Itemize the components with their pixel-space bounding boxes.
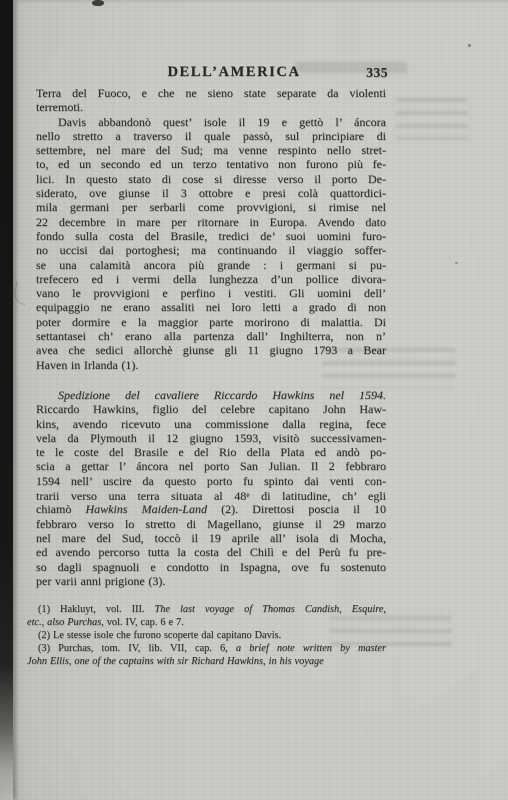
text-segment: , vol. IV, cap. 6 e 7. bbox=[101, 617, 184, 628]
text-line: settembre, nel mare del Sud; ma venne re… bbox=[36, 143, 386, 157]
running-header: DELL’AMERICA 335 bbox=[36, 64, 386, 84]
text-segment: Haven in Irlanda (1). bbox=[36, 358, 138, 372]
page-title: DELL’AMERICA bbox=[167, 64, 300, 81]
text-line: Spedizione del cavaliere Riccardo Hawkin… bbox=[36, 388, 386, 402]
text-line: febbraro verso lo stretto di Magellano, … bbox=[36, 517, 386, 531]
text-segment: siderato, ove giunse il 3 ottobre e pres… bbox=[36, 186, 386, 200]
text-line: trefecero ed i vermi della lunghezza d’u… bbox=[36, 272, 386, 286]
text-segment: (2) Le stesse isole che furono scoperte … bbox=[38, 630, 281, 641]
text-segment: equipaggio ne erano assaliti nei loro le… bbox=[36, 300, 386, 314]
text-line: kins, avendo ricevuto una commissione da… bbox=[36, 417, 386, 431]
text-line: equipaggio ne erano assaliti nei loro le… bbox=[36, 300, 386, 314]
book-page: DELL’AMERICA 335 Terra del Fuoco, e che … bbox=[0, 0, 508, 800]
text-line: fondo sulla costa del Brasile, tredici d… bbox=[36, 229, 386, 243]
text-line: Haven in Irlanda (1). bbox=[36, 358, 386, 372]
text-segment: vela da Plymouth il 12 giugno 1593, visi… bbox=[36, 431, 386, 445]
text-line: te le coste del Brasile e del Rio della … bbox=[36, 445, 386, 459]
text-line: etc., also Purchas, vol. IV, cap. 6 e 7. bbox=[27, 617, 386, 630]
text-segment: fondo sulla costa del Brasile, tredici d… bbox=[36, 229, 386, 243]
text-segment: vano le provvigioni e perfino i vestiti.… bbox=[36, 286, 386, 300]
text-column: Terra del Fuoco, e che ne sieno state se… bbox=[36, 86, 386, 669]
text-segment: to, ed un secondo ed un terzo tentativo … bbox=[36, 157, 386, 171]
scratch-mark bbox=[12, 282, 31, 306]
text-line: nello stretto a traverso il quale passò,… bbox=[36, 129, 386, 143]
text-segment: mila germani per serbarli come provvigio… bbox=[36, 200, 386, 214]
text-line: (2) Le stesse isole che furono scoperte … bbox=[27, 630, 386, 643]
page-number: 335 bbox=[366, 65, 388, 81]
text-segment: Riccardo Hawkins, figlio del celebre cap… bbox=[36, 402, 386, 416]
text-segment: no uccisi dai portoghesi; ma continuando… bbox=[36, 243, 386, 257]
ink-speck bbox=[455, 262, 458, 264]
text-line: terremoti. bbox=[36, 100, 386, 114]
italic-text-segment: a brief note written by master bbox=[236, 643, 386, 654]
text-line: no uccisi dai portoghesi; ma continuando… bbox=[36, 243, 386, 257]
text-line: nel mare del Sud, toccò il 19 aprile all… bbox=[36, 531, 386, 545]
text-line: to, ed un secondo ed un terzo tentativo … bbox=[36, 157, 386, 171]
text-line: se una calamità ancora più grande : i ge… bbox=[36, 258, 386, 272]
text-segment: Terra del Fuoco, e che ne sieno state se… bbox=[36, 86, 386, 100]
text-line: (3) Purchas, tom. IV, lib. VII, cap. 6, … bbox=[27, 643, 386, 656]
text-segment: trarii verso una terra situata al 48 bbox=[36, 489, 246, 503]
bleedthrough-smudge bbox=[396, 98, 468, 140]
scanned-book-page-screenshot: { "header": { "title": "DELL’AMERICA", "… bbox=[0, 0, 508, 800]
text-segment: ed avendo percorso tutta la costa del Ch… bbox=[36, 545, 386, 559]
text-segment: Davis abbandonò quest’ isole il 19 e get… bbox=[58, 115, 386, 129]
text-line: (1) Hakluyt, vol. III. The last voyage o… bbox=[27, 604, 386, 617]
text-segment: per varii anni prigione (3). bbox=[36, 574, 165, 588]
text-line: scia a gettar l’ áncora nel porto San Ju… bbox=[36, 459, 386, 473]
text-segment: avea che sedici allorchè giunse gli 11 g… bbox=[36, 343, 386, 357]
text-segment: se una calamità ancora più grande : i ge… bbox=[36, 258, 386, 272]
text-line: Riccardo Hawkins, figlio del celebre cap… bbox=[36, 402, 386, 416]
ink-speck bbox=[468, 44, 471, 47]
text-segment: lici. In questo stato di cose si diresse… bbox=[36, 172, 386, 186]
italic-text-segment: The last voyage of Thomas Candish, Esqui… bbox=[155, 604, 386, 615]
text-segment: te le coste del Brasile e del Rio della … bbox=[36, 445, 386, 459]
text-line: siderato, ove giunse il 3 ottobre e pres… bbox=[36, 186, 386, 200]
text-line: lici. In questo stato di cose si diresse… bbox=[36, 172, 386, 186]
paragraph: Davis abbandonò quest’ isole il 19 e get… bbox=[36, 115, 386, 372]
text-segment: (2). Direttosi poscia il 10 bbox=[207, 502, 386, 516]
paragraph: Terra del Fuoco, e che ne sieno state se… bbox=[36, 86, 386, 115]
text-segment: so dagli spagnuoli e condotto in Ispagna… bbox=[36, 560, 386, 574]
text-segment: settantasei ch’ erano alla partenza dall… bbox=[36, 329, 386, 343]
ink-speck bbox=[92, 0, 104, 6]
text-line: John Ellis, one of the captains with sir… bbox=[27, 656, 386, 669]
text-line: mila germani per serbarli come provvigio… bbox=[36, 200, 386, 214]
text-segment: trefecero ed i vermi della lunghezza d’u… bbox=[36, 272, 386, 286]
text-segment: settembre, nel mare del Sud; ma venne re… bbox=[36, 143, 386, 157]
text-line: per varii anni prigione (3). bbox=[36, 574, 386, 588]
italic-text-segment: Spedizione del cavaliere Riccardo Hawkin… bbox=[58, 388, 386, 402]
italic-text-segment: etc., also Purchas bbox=[27, 617, 101, 628]
text-segment: kins, avendo ricevuto una commissione da… bbox=[36, 417, 386, 431]
text-line: ed avendo percorso tutta la costa del Ch… bbox=[36, 545, 386, 559]
page-edge-shadow bbox=[0, 0, 13, 800]
text-line: 1594 nell’ uscire da questo porto fu spi… bbox=[36, 474, 386, 488]
text-line: chiamò Hawkins Maiden-Land (2). Direttos… bbox=[36, 502, 386, 516]
footnotes-block: (1) Hakluyt, vol. III. The last voyage o… bbox=[27, 604, 386, 668]
italic-text-segment: Hawkins Maiden-Land bbox=[85, 502, 206, 516]
text-segment: di latitudine, ch’ egli bbox=[250, 489, 386, 503]
text-line: Davis abbandonò quest’ isole il 19 e get… bbox=[36, 115, 386, 129]
text-segment: nel mare del Sud, toccò il 19 aprile all… bbox=[36, 531, 386, 545]
text-line: vela da Plymouth il 12 giugno 1593, visi… bbox=[36, 431, 386, 445]
text-segment: (3) Purchas, tom. IV, lib. VII, cap. 6, bbox=[38, 643, 236, 654]
text-segment: febbraro verso lo stretto di Magellano, … bbox=[36, 517, 386, 531]
text-line: avea che sedici allorchè giunse gli 11 g… bbox=[36, 343, 386, 357]
text-segment: chiamò bbox=[36, 502, 85, 516]
paragraph: Spedizione del cavaliere Riccardo Hawkin… bbox=[36, 388, 386, 588]
text-line: 22 decembre in mare per ritornare in Eur… bbox=[36, 215, 386, 229]
text-segment: 1594 nell’ uscire da questo porto fu spi… bbox=[36, 474, 386, 488]
text-line: so dagli spagnuoli e condotto in Ispagna… bbox=[36, 560, 386, 574]
italic-text-segment: John Ellis, one of the captains with sir… bbox=[27, 656, 324, 667]
text-line: vano le provvigioni e perfino i vestiti.… bbox=[36, 286, 386, 300]
text-segment: poter dormire e la maggior parte moriron… bbox=[36, 315, 386, 329]
text-line: trarii verso una terra situata al 48e di… bbox=[36, 488, 386, 502]
text-segment: scia a gettar l’ áncora nel porto San Ju… bbox=[36, 459, 386, 473]
text-line: poter dormire e la maggior parte moriron… bbox=[36, 315, 386, 329]
text-line: settantasei ch’ erano alla partenza dall… bbox=[36, 329, 386, 343]
text-segment: nello stretto a traverso il quale passò,… bbox=[36, 129, 386, 143]
text-segment: (1) Hakluyt, vol. III. bbox=[38, 604, 155, 615]
text-segment: 22 decembre in mare per ritornare in Eur… bbox=[36, 215, 386, 229]
text-segment: terremoti. bbox=[36, 100, 83, 114]
text-line: Terra del Fuoco, e che ne sieno state se… bbox=[36, 86, 386, 100]
